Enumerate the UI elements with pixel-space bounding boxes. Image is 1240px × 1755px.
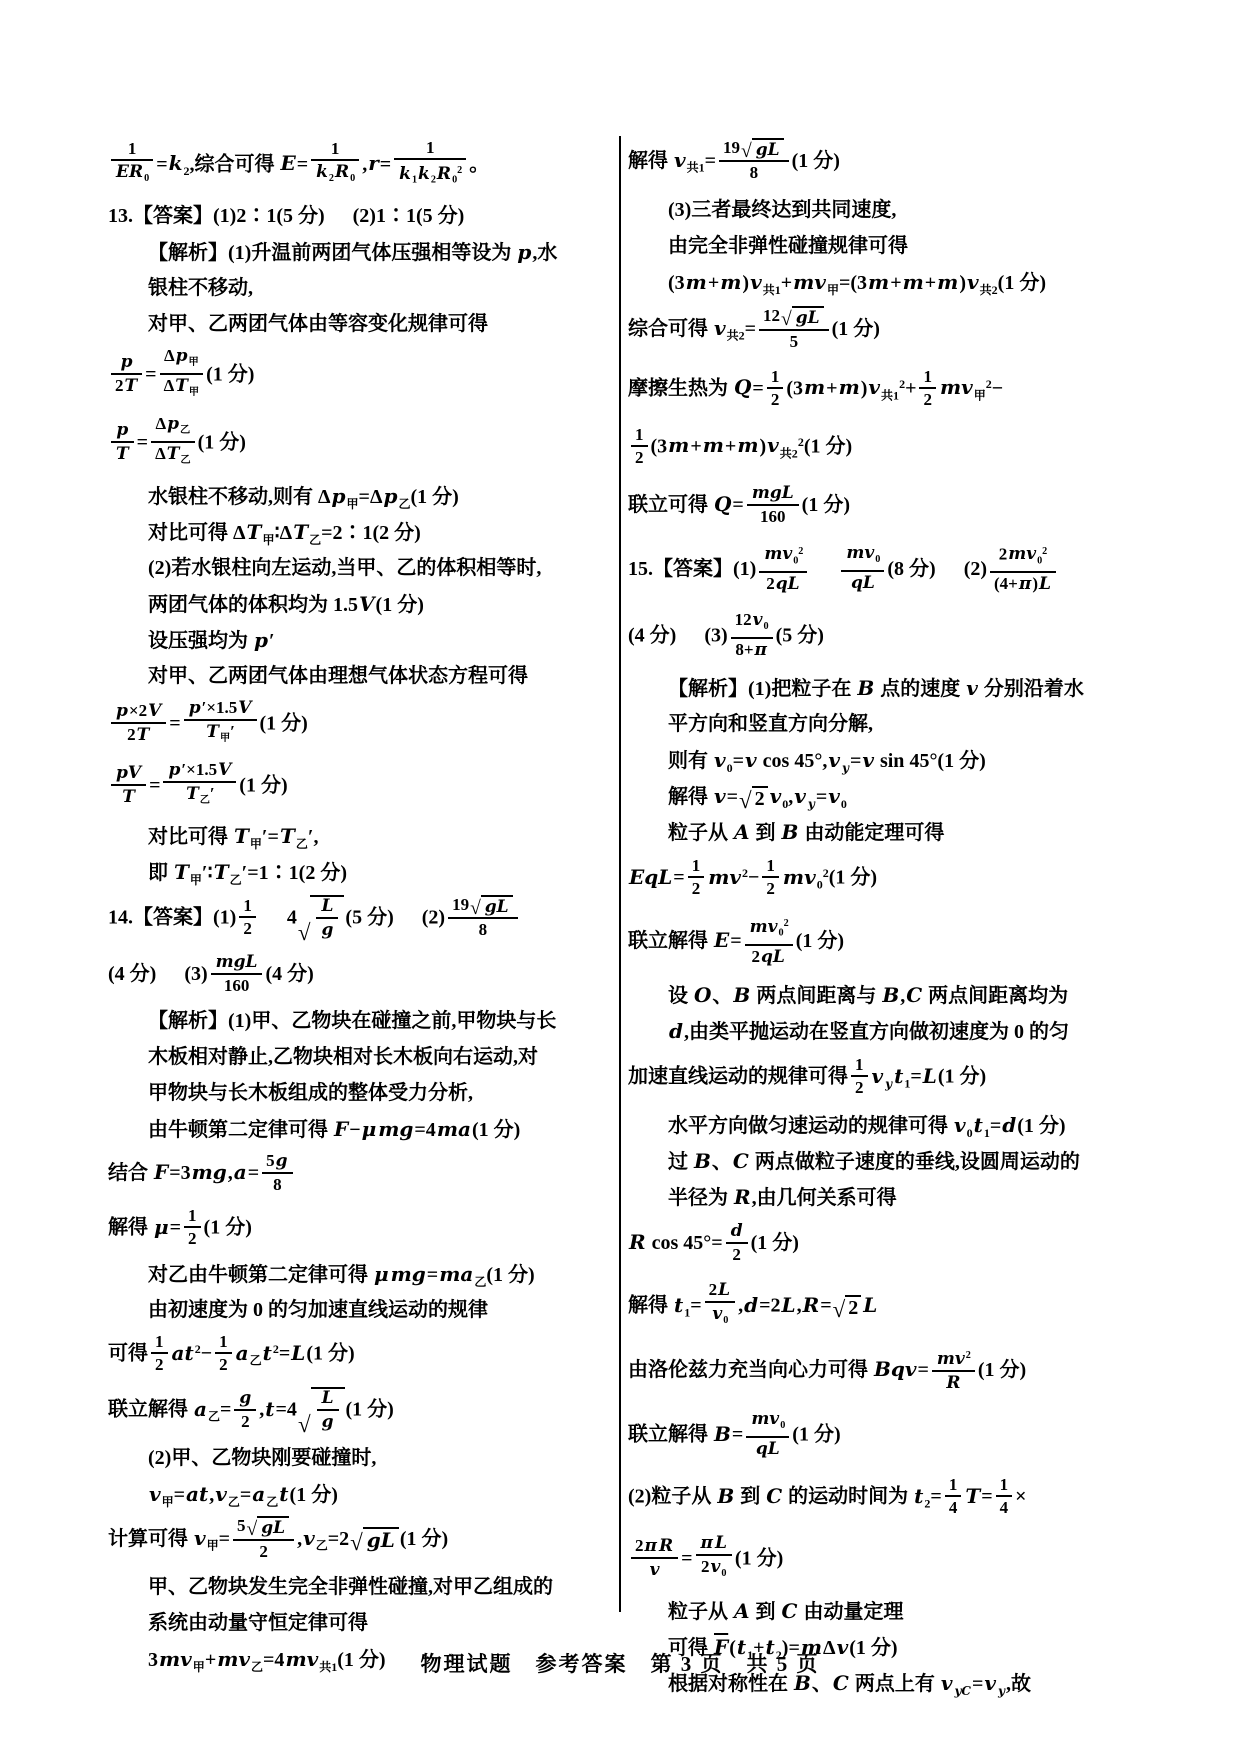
fraction-numerator: 1 xyxy=(311,138,359,161)
solution-line: 设压强均为 p′ xyxy=(108,622,624,658)
math-fraction: pVT xyxy=(111,762,146,808)
fraction-numerator: 12√gL xyxy=(759,305,829,330)
math-subscript: 甲 xyxy=(207,1539,219,1553)
math-fraction: 12 xyxy=(767,366,784,410)
math-fraction: d2 xyxy=(726,1220,748,1265)
left-column: 1ER0=k2,综合可得 E=1k2R0,r=1k1k2R02。13.【答案】(… xyxy=(108,134,624,1677)
math-subscript: 甲 xyxy=(162,1495,174,1509)
math-subscript: 0 xyxy=(841,797,847,811)
solution-line: 平方向和竖直方向分解, xyxy=(628,706,1168,742)
radical-sign-icon: √ xyxy=(741,142,752,162)
fraction-denominator: 2T xyxy=(111,375,142,397)
solution-line: 甲、乙物块发生完全非弹性碰撞,对甲乙组成的 xyxy=(108,1569,624,1605)
fraction-numerator: mv02 xyxy=(745,913,793,946)
math-subscript: 甲 xyxy=(974,388,986,402)
fraction-numerator: 1 xyxy=(394,137,466,160)
math-subscript: 1 xyxy=(904,1077,910,1091)
fraction-denominator: T xyxy=(111,786,146,808)
fraction-numerator: 1 xyxy=(767,366,784,389)
fraction-numerator: 1 xyxy=(996,1474,1013,1497)
math-subscript: 共2 xyxy=(780,446,798,460)
math-fraction: Lg xyxy=(317,1387,339,1433)
math-subscript: 0 xyxy=(727,761,733,775)
math-fraction: p′×1.5VT甲′ xyxy=(184,697,257,749)
fraction-denominator: 8+π xyxy=(731,639,773,661)
fraction-numerator: 1 xyxy=(239,895,256,918)
radical-sign-icon: √ xyxy=(833,1298,846,1321)
fraction-numerator: 1 xyxy=(111,138,153,161)
solution-line: 对甲、乙两团气体由等容变化规律可得 xyxy=(108,306,624,342)
math-subscript: 0 xyxy=(793,555,798,566)
fraction-numerator: L xyxy=(316,895,338,919)
math-radical: √2 xyxy=(739,786,768,811)
fraction-numerator: p xyxy=(111,351,142,375)
math-subscript: 0 xyxy=(721,1568,726,1579)
fraction-denominator: 8 xyxy=(719,162,789,183)
solution-line: v甲=at,v乙=a乙t(1 分) xyxy=(108,1476,624,1512)
math-subscript: 乙 xyxy=(309,533,321,547)
radical-sign-icon: √ xyxy=(298,921,311,944)
solution-line: 水平方向做匀速运动的规律可得 v0t1=d(1 分) xyxy=(628,1107,1168,1143)
fraction-numerator: pV xyxy=(111,762,146,786)
math-fraction: 19√gL8 xyxy=(448,894,518,940)
solution-line: 2πRv=πL2v0(1 分) xyxy=(628,1527,1168,1593)
math-subscript: 0 xyxy=(782,797,788,811)
math-subscript: 乙 xyxy=(398,497,410,511)
math-subscript: 0 xyxy=(764,621,769,632)
math-subscript: 甲 xyxy=(189,387,199,398)
fraction-denominator: 2v0 xyxy=(696,1556,732,1584)
math-subscript: 2 xyxy=(924,1496,930,1510)
radical-body: Lg xyxy=(311,1387,345,1435)
math-radical: √Lg xyxy=(298,895,345,943)
answer-item-line: 15.【答案】(1)mv022qLmv0qL(8 分)(2)2mv02(4+π)… xyxy=(628,536,1168,605)
math-subscript: 0 xyxy=(350,173,355,184)
math-subscript: y xyxy=(807,797,816,811)
math-radical: √gL xyxy=(781,306,824,329)
solution-line: 【解析】(1)甲、乙物块在碰撞之前,甲物块与长 xyxy=(108,1003,624,1039)
math-radical: √gL xyxy=(470,895,513,918)
math-fraction: p′×1.5VT乙′ xyxy=(163,759,236,811)
fraction-denominator: 2 xyxy=(239,918,256,939)
fraction-denominator: v0 xyxy=(705,1303,735,1331)
solution-line: 加速直线运动的规律可得12vyt1=L(1 分) xyxy=(628,1049,1168,1107)
math-superscript: 2 xyxy=(798,435,804,449)
radical-body: gL xyxy=(792,306,824,329)
math-fraction: Δp甲ΔT甲 xyxy=(160,345,204,403)
solution-line: 木板相对静止,乙物块相对长木板向右运动,对 xyxy=(108,1039,624,1075)
math-radical: √gL xyxy=(247,1516,290,1539)
solution-line: d,由类平抛运动在竖直方向做初速度为 0 的匀 xyxy=(628,1013,1168,1049)
fraction-numerator: mgL xyxy=(211,951,263,975)
math-radical: √2 xyxy=(833,1295,862,1320)
fraction-denominator: 2 xyxy=(215,1354,232,1375)
math-superscript: 2 xyxy=(798,546,803,557)
math-subscript: 乙 xyxy=(316,1539,328,1553)
fraction-numerator: 1 xyxy=(945,1474,962,1497)
fraction-denominator: 8 xyxy=(262,1174,292,1195)
radical-sign-icon: √ xyxy=(470,899,481,919)
math-fraction: mv0qL xyxy=(841,542,884,594)
fraction-denominator: ΔT乙 xyxy=(151,443,195,471)
fraction-numerator: 1 xyxy=(762,855,779,878)
solution-line: (4 分)(3)mgL160(4 分) xyxy=(108,948,624,1003)
math-subscript: 1 xyxy=(984,1126,990,1140)
solution-line: 联立解得 a乙=g2,t=4√Lg(1 分) xyxy=(108,1382,624,1440)
solution-line: pVT=p′×1.5VT乙′(1 分) xyxy=(108,756,624,818)
math-fraction: 12 xyxy=(631,424,648,468)
radical-sign-icon: √ xyxy=(350,1531,363,1554)
math-radical: √gL xyxy=(350,1527,399,1553)
fraction-denominator: T乙′ xyxy=(163,783,236,811)
fraction-denominator: 160 xyxy=(211,975,263,996)
fraction-denominator: ER0 xyxy=(111,161,153,189)
math-subscript: 0 xyxy=(452,175,457,186)
math-fraction: 12√gL5 xyxy=(759,305,829,351)
radical-body: gL xyxy=(363,1527,399,1553)
math-superscript: 2 xyxy=(823,866,829,880)
radical-body: 2 xyxy=(752,786,768,811)
fraction-denominator: 2T xyxy=(111,724,166,746)
math-fraction: 2Lv0 xyxy=(705,1279,735,1331)
solution-line: EqL=12mv2−12mv02(1 分) xyxy=(628,850,1168,908)
fraction-denominator: g xyxy=(317,1411,339,1433)
solution-line: pT=Δp乙ΔT乙(1 分) xyxy=(108,410,624,478)
solution-line: 粒子从 A 到 C 由动量定理 xyxy=(628,1593,1168,1629)
math-fraction: 12 xyxy=(919,366,936,410)
radical-body: gL xyxy=(257,1516,289,1539)
column-divider-rule xyxy=(619,136,621,1612)
math-fraction: mgL160 xyxy=(747,482,799,527)
solution-line: (3)三者最终达到共同速度, xyxy=(628,192,1168,228)
math-fraction: 12 xyxy=(239,895,256,939)
math-subscript: 0 xyxy=(780,1420,785,1431)
math-subscript: 乙 xyxy=(266,1495,278,1509)
solution-line: 可得12at2−12a乙t2=L(1 分) xyxy=(108,1328,624,1382)
math-fraction: 19√gL8 xyxy=(719,137,789,183)
math-subscript: y xyxy=(884,1077,893,1091)
radical-sign-icon: √ xyxy=(739,789,752,812)
fraction-denominator: T甲′ xyxy=(184,721,257,749)
fraction-denominator: (4+π)L xyxy=(990,573,1056,595)
math-superscript: 2 xyxy=(1042,546,1047,557)
math-subscript: 共1 xyxy=(881,388,899,402)
fraction-denominator: v xyxy=(631,1559,678,1581)
math-fraction: 2mv02(4+π)L xyxy=(990,541,1056,596)
solution-line: 对比可得 T甲′=T乙′, xyxy=(108,818,624,854)
math-subscript: 乙 xyxy=(180,455,190,466)
solution-line: 由洛伦兹力充当向心力可得 Bqv=mv2R(1 分) xyxy=(628,1340,1168,1403)
solution-line: 解得 v共1=19√gL8(1 分) xyxy=(628,132,1168,192)
fraction-denominator: 2 xyxy=(762,878,779,899)
solution-line: 联立可得 Q=mgL160(1 分) xyxy=(628,477,1168,536)
fraction-denominator: qL xyxy=(746,1438,789,1460)
math-fraction: 5g8 xyxy=(262,1150,292,1195)
solution-line: 即 T甲′∶T乙′=1∶1(2 分) xyxy=(108,854,624,890)
fraction-denominator: 2 xyxy=(234,1411,256,1432)
solution-line: 由完全非弹性碰撞规律可得 xyxy=(628,228,1168,264)
solution-line: 两团气体的体积均为 1.5V(1 分) xyxy=(108,586,624,622)
math-fraction: mv022qL xyxy=(745,913,793,968)
fraction-denominator: 160 xyxy=(747,506,799,527)
fraction-numerator: 1 xyxy=(184,1205,201,1228)
radical-body: 2 xyxy=(845,1295,861,1320)
fraction-denominator: 2 xyxy=(184,1228,201,1249)
solution-line: 过 B、C 两点做粒子速度的垂线,设圆周运动的 xyxy=(628,1143,1168,1179)
fraction-numerator: g xyxy=(234,1387,256,1411)
fraction-numerator: 1 xyxy=(631,424,648,447)
fraction-numerator: 2πR xyxy=(631,1535,678,1559)
math-fraction: 12 xyxy=(851,1054,868,1098)
fraction-numerator: 19√gL xyxy=(448,894,518,919)
solution-line: (4 分)(3)12v08+π(5 分) xyxy=(628,604,1168,670)
math-subscript: 共2 xyxy=(980,283,998,297)
math-subscript: 乙 xyxy=(208,1410,220,1424)
math-fraction: p×2V2T xyxy=(111,700,166,746)
fraction-denominator: R xyxy=(932,1372,975,1394)
fraction-denominator: 8 xyxy=(448,919,518,940)
math-fraction: 12 xyxy=(215,1331,232,1375)
solution-line: p×2V2T=p′×1.5VT甲′(1 分) xyxy=(108,694,624,756)
fraction-denominator: 2 xyxy=(851,1077,868,1098)
fraction-denominator: 2 xyxy=(767,389,784,410)
math-fraction: Lg xyxy=(316,895,338,941)
answer-item-line: 13.【答案】(1)2∶1(5 分)(2)1∶1(5 分) xyxy=(108,198,624,234)
solution-line: 解得 v=√2v0,vy=v0 xyxy=(628,778,1168,814)
math-subscript: 甲 xyxy=(250,837,262,851)
math-subscript: 甲 xyxy=(262,533,274,547)
math-fraction: πL2v0 xyxy=(696,1532,732,1584)
math-subscript: 0 xyxy=(875,554,880,565)
math-fraction: pT xyxy=(111,419,134,465)
fraction-denominator: 2 xyxy=(688,878,705,899)
math-fraction: mv022qL xyxy=(759,541,807,596)
math-subscript: 甲 xyxy=(827,283,839,297)
solution-line: 1ER0=k2,综合可得 E=1k2R0,r=1k1k2R02。 xyxy=(108,134,624,198)
math-subscript: 甲 xyxy=(347,497,359,511)
fraction-numerator: mv0 xyxy=(746,1408,789,1438)
solution-line: 对甲、乙两团气体由理想气体状态方程可得 xyxy=(108,658,624,694)
math-fraction: 14 xyxy=(945,1474,962,1518)
math-fraction: Δp乙ΔT乙 xyxy=(151,413,195,471)
solution-line: R cos 45°=d2(1 分) xyxy=(628,1215,1168,1274)
solution-line: 解得 μ=12(1 分) xyxy=(108,1202,624,1256)
solution-line: (2)甲、乙物块刚要碰撞时, xyxy=(108,1440,624,1476)
fraction-numerator: Δp乙 xyxy=(151,413,195,443)
fraction-numerator: 1 xyxy=(919,366,936,389)
fraction-numerator: Δp甲 xyxy=(160,345,204,375)
math-fraction: mgL160 xyxy=(211,951,263,996)
math-subscript: 2 xyxy=(183,164,189,178)
math-subscript: 乙 xyxy=(228,1495,240,1509)
solution-line: 联立解得 B=mv0qL(1 分) xyxy=(628,1403,1168,1469)
math-fraction: 5√gL2 xyxy=(233,1515,294,1561)
fraction-numerator: mv2 xyxy=(932,1345,975,1372)
solution-line: 计算可得 v甲=5√gL2,v乙=2√gL(1 分) xyxy=(108,1512,624,1568)
math-fraction: 12 xyxy=(151,1331,168,1375)
math-superscript: 2 xyxy=(457,165,462,176)
radical-body: gL xyxy=(752,138,784,161)
fraction-denominator: 2 xyxy=(233,1541,294,1562)
solution-line: p2T=Δp甲ΔT甲(1 分) xyxy=(108,342,624,410)
solution-line: 摩擦生热为 Q=12(3m+m)v共12+12mv甲2− xyxy=(628,361,1168,419)
solution-line: 解得 t1=2Lv0,d=2L,R=√2L xyxy=(628,1274,1168,1340)
fraction-numerator: 1 xyxy=(151,1331,168,1354)
math-subscript: 共2 xyxy=(727,329,745,343)
solution-line: 对比可得 ΔT甲∶ΔT乙=2∶1(2 分) xyxy=(108,514,624,550)
math-subscript: yC xyxy=(953,1684,972,1698)
math-superscript: 2 xyxy=(273,1342,279,1356)
math-subscript: 共1 xyxy=(687,161,705,175)
math-fraction: 1k2R0 xyxy=(311,138,359,189)
solution-line: 12(3m+m+m)v共22(1 分) xyxy=(628,419,1168,477)
fraction-numerator: 1 xyxy=(215,1331,232,1354)
math-subscript: y xyxy=(841,761,850,775)
fraction-denominator: 2 xyxy=(919,389,936,410)
solution-line: 甲物块与长木板组成的整体受力分析, xyxy=(108,1075,624,1111)
right-column: 解得 v共1=19√gL8(1 分)(3)三者最终达到共同速度,由完全非弹性碰撞… xyxy=(628,132,1168,1701)
fraction-numerator: 5√gL xyxy=(233,1515,294,1540)
math-subscript: 2 xyxy=(431,175,436,186)
math-superscript: 2 xyxy=(742,866,748,880)
solution-line: (2)若水银柱向左运动,当甲、乙的体积相等时, xyxy=(108,550,624,586)
math-superscript: 2 xyxy=(784,918,789,929)
fraction-denominator: k1k2R02 xyxy=(394,160,466,191)
math-subscript: 0 xyxy=(144,173,149,184)
math-superscript: 2 xyxy=(899,377,905,391)
fraction-numerator: mv0 xyxy=(841,542,884,572)
fraction-denominator: g xyxy=(316,919,338,941)
fraction-denominator: 2 xyxy=(726,1244,748,1265)
math-radical: √Lg xyxy=(298,1387,345,1435)
radical-body: Lg xyxy=(310,895,344,943)
fraction-numerator: 1 xyxy=(851,1054,868,1077)
radical-sign-icon: √ xyxy=(247,1520,258,1540)
math-subscript: 乙 xyxy=(230,873,242,887)
math-fraction: 14 xyxy=(996,1474,1013,1518)
fraction-numerator: 1 xyxy=(688,855,705,878)
fraction-denominator: 2qL xyxy=(745,946,793,968)
math-fraction: 12 xyxy=(184,1205,201,1249)
fraction-denominator: T xyxy=(111,443,134,465)
math-subscript: 乙 xyxy=(180,425,190,436)
solution-line: 粒子从 A 到 B 由动能定理可得 xyxy=(628,814,1168,850)
math-subscript: 0 xyxy=(1037,555,1042,566)
math-subscript: 1 xyxy=(684,1306,690,1320)
fraction-numerator: mv02 xyxy=(759,541,807,574)
math-superscript: 2 xyxy=(195,1342,201,1356)
solution-line: 系统由动量守恒定律可得 xyxy=(108,1605,624,1641)
solution-line: 综合可得 v共2=12√gL5(1 分) xyxy=(628,300,1168,360)
math-fraction: 2πRv xyxy=(631,1535,678,1581)
math-subscript: 甲 xyxy=(220,733,230,744)
fraction-numerator: p×2V xyxy=(111,700,166,724)
fraction-denominator: 4 xyxy=(945,1497,962,1518)
fraction-numerator: 19√gL xyxy=(719,137,789,162)
math-subscript: 共1 xyxy=(763,283,781,297)
math-subscript: 乙 xyxy=(296,837,308,851)
math-fraction: 1k1k2R02 xyxy=(394,137,466,191)
fraction-denominator: k2R0 xyxy=(311,161,359,189)
math-fraction: 1ER0 xyxy=(111,138,153,189)
solution-line: 【解析】(1)升温前两团气体压强相等设为 p,水 xyxy=(108,234,624,270)
fraction-denominator: ΔT甲 xyxy=(160,375,204,403)
fraction-numerator: 2mv02 xyxy=(990,541,1056,574)
fraction-numerator: p xyxy=(111,419,134,443)
solution-line: (3m+m)v共1+mv甲=(3m+m+m)v共2(1 分) xyxy=(628,264,1168,300)
math-fraction: mv0qL xyxy=(746,1408,789,1460)
fraction-numerator: p′×1.5V xyxy=(163,759,236,783)
fraction-numerator: 2L xyxy=(705,1279,735,1303)
radical-sign-icon: √ xyxy=(298,1413,311,1436)
radical-sign-icon: √ xyxy=(781,310,792,330)
math-superscript: 2 xyxy=(986,377,992,391)
solution-line: 结合 F=3mg,a=5g8 xyxy=(108,1147,624,1202)
solution-line: 半径为 R,由几何关系可得 xyxy=(628,1179,1168,1215)
math-fraction: mv2R xyxy=(932,1345,975,1394)
math-superscript: 2 xyxy=(966,1350,971,1361)
answer-item-line: 14.【答案】(1)124√Lg(5 分)(2)19√gL8 xyxy=(108,890,624,948)
fraction-numerator: 12v0 xyxy=(731,609,773,639)
solution-line: 水银柱不移动,则有 Δp甲=Δp乙(1 分) xyxy=(108,478,624,514)
solution-line: 银柱不移动, xyxy=(108,270,624,306)
math-subscript: 乙 xyxy=(474,1275,486,1289)
solution-line: (2)粒子从 B 到 C 的运动时间为 t2=14T=14× xyxy=(628,1469,1168,1527)
solution-line: 【解析】(1)把粒子在 B 点的速度 v 分别沿着水 xyxy=(628,670,1168,706)
math-radical: √gL xyxy=(741,138,784,161)
fraction-numerator: d xyxy=(726,1220,748,1244)
radical-body: gL xyxy=(481,895,513,918)
solution-line: 设 O、B 两点间距离与 B,C 两点间距离均为 xyxy=(628,977,1168,1013)
math-subscript: 甲 xyxy=(190,873,202,887)
fraction-denominator: qL xyxy=(841,572,884,594)
solution-line: 对乙由牛顿第二定律可得 μmg=ma乙(1 分) xyxy=(108,1256,624,1292)
fraction-denominator: 2qL xyxy=(759,573,807,595)
fraction-numerator: 5g xyxy=(262,1150,292,1174)
math-fraction: g2 xyxy=(234,1387,256,1432)
math-fraction: 12 xyxy=(688,855,705,899)
math-subscript: 甲 xyxy=(189,357,199,368)
math-subscript: y xyxy=(997,1684,1006,1698)
math-subscript: 0 xyxy=(967,1126,973,1140)
fraction-denominator: 2 xyxy=(151,1354,168,1375)
solution-line: 由初速度为 0 的匀加速直线运动的规律 xyxy=(108,1292,624,1328)
fraction-numerator: πL xyxy=(696,1532,732,1556)
math-fraction: 12v08+π xyxy=(731,609,773,661)
fraction-numerator: p′×1.5V xyxy=(184,697,257,721)
math-subscript: 乙 xyxy=(200,795,210,806)
math-subscript: 乙 xyxy=(250,1354,262,1368)
math-fraction: 12 xyxy=(762,855,779,899)
solution-line: 联立解得 E=mv022qL(1 分) xyxy=(628,908,1168,977)
answer-sheet-page: 1ER0=k2,综合可得 E=1k2R0,r=1k1k2R02。13.【答案】(… xyxy=(0,0,1240,1755)
fraction-denominator: 2 xyxy=(631,447,648,468)
solution-line: 则有 v0=v cos 45°,vy=v sin 45°(1 分) xyxy=(628,742,1168,778)
math-subscript: 0 xyxy=(723,1315,728,1326)
fraction-numerator: mgL xyxy=(747,482,799,506)
fraction-denominator: 4 xyxy=(996,1497,1013,1518)
page-footer: 物理试题 参考答案 第 3 页 共 5 页 xyxy=(0,1648,1240,1678)
solution-line: 由牛顿第二定律可得 F−μmg=4ma(1 分) xyxy=(108,1111,624,1147)
math-fraction: p2T xyxy=(111,351,142,397)
math-subscript: 0 xyxy=(779,928,784,939)
fraction-numerator: L xyxy=(317,1387,339,1411)
fraction-denominator: 5 xyxy=(759,331,829,352)
